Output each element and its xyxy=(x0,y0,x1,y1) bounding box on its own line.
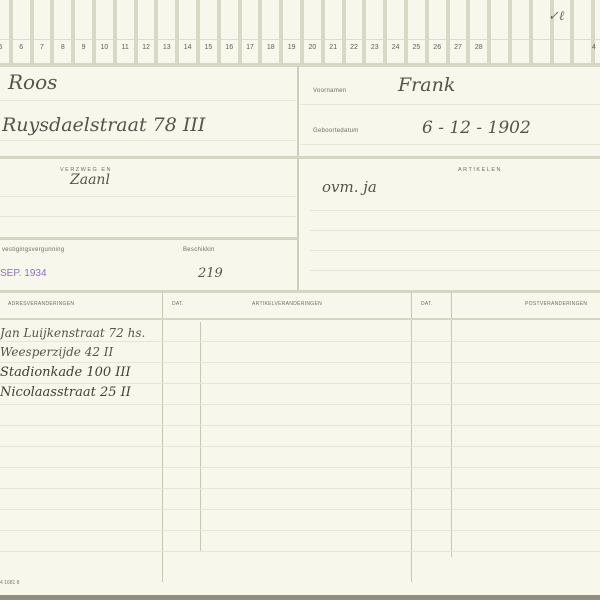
strip-column xyxy=(512,0,533,64)
address-value: Ruysdaelstraat 78 III xyxy=(2,114,205,136)
left-section-value: Zaanl xyxy=(70,172,110,188)
strip-column: 14 xyxy=(179,0,200,64)
rule xyxy=(310,230,600,231)
print-code: 4 1681 8 xyxy=(0,580,19,586)
table-rule xyxy=(0,488,600,489)
strip-column-number: 28 xyxy=(470,44,487,51)
surname-value: Roos xyxy=(8,70,57,94)
strip-column: 25 xyxy=(408,0,429,64)
rule xyxy=(0,196,296,197)
strip-column xyxy=(574,0,595,64)
strip-column-number: 14 xyxy=(179,44,196,51)
strip-column-number: 17 xyxy=(242,44,259,51)
strip-column-number: 11 xyxy=(117,44,134,51)
strip-column-number: 5 xyxy=(0,44,9,51)
right-section-value: ovm. ja xyxy=(322,178,377,196)
strip-column-number: 27 xyxy=(450,44,467,51)
rule xyxy=(300,104,600,105)
strip-column: 13 xyxy=(158,0,179,64)
strip-column: 27 xyxy=(450,0,471,64)
strip-column-number: 25 xyxy=(408,44,425,51)
table-rule xyxy=(0,467,600,468)
table-rule xyxy=(0,425,600,426)
registration-label: vestigingsvergunning xyxy=(2,247,64,253)
registration-number-label: Beschikkin xyxy=(183,247,215,253)
table-rule xyxy=(0,404,600,405)
strip-column: 8 xyxy=(54,0,75,64)
table-top-border xyxy=(0,290,600,293)
strip-column-number: 9 xyxy=(75,44,92,51)
header-date-2: DAT. xyxy=(421,301,433,307)
strip-column: 28 xyxy=(470,0,491,64)
registration-card: 5678910111213141516171819202122232425262… xyxy=(0,0,600,600)
card-bottom-edge xyxy=(0,595,600,600)
strip-column-number: 24 xyxy=(387,44,404,51)
numbered-column-strip: 5678910111213141516171819202122232425262… xyxy=(0,0,600,66)
strip-column: 19 xyxy=(283,0,304,64)
strip-column: 10 xyxy=(96,0,117,64)
column-divider xyxy=(411,292,412,582)
strip-column-number: 16 xyxy=(221,44,238,51)
rule xyxy=(0,100,296,101)
handwritten-corner-mark: ✓ℓ xyxy=(548,8,564,24)
header-post-changes: POSTVERANDERINGEN xyxy=(525,301,587,307)
strip-column-number: 23 xyxy=(366,44,383,51)
strip-bottom-border xyxy=(0,63,600,67)
strip-column: 9 xyxy=(75,0,96,64)
header-date-1: DAT. xyxy=(172,301,184,307)
registration-number-value: 219 xyxy=(198,266,223,281)
column-divider xyxy=(162,292,163,582)
strip-column-number: 8 xyxy=(54,44,71,51)
birth-date-value: 6 - 12 - 1902 xyxy=(422,118,531,138)
address-change-entry: Stadionkade 100 III xyxy=(0,365,131,380)
rule xyxy=(310,250,600,251)
strip-column-number: 26 xyxy=(429,44,446,51)
rule xyxy=(0,216,296,217)
registration-stamp: SEP. 1934 xyxy=(0,268,47,279)
rule xyxy=(300,144,600,145)
strip-column-number: 10 xyxy=(96,44,113,51)
strip-column-number: 19 xyxy=(283,44,300,51)
header-bottom-border xyxy=(0,318,600,320)
table-rule xyxy=(0,509,600,510)
table-rule xyxy=(0,341,600,342)
center-divider xyxy=(297,66,299,291)
strip-column: 21 xyxy=(325,0,346,64)
strip-column: 20 xyxy=(304,0,325,64)
strip-column: 23 xyxy=(366,0,387,64)
strip-column-number: 22 xyxy=(346,44,363,51)
strip-column: 26 xyxy=(429,0,450,64)
strip-column: 16 xyxy=(221,0,242,64)
table-rule xyxy=(0,551,600,552)
address-change-entry: Weesperzijde 42 II xyxy=(0,345,113,359)
strip-column-number: 13 xyxy=(158,44,175,51)
strip-column-number: 20 xyxy=(304,44,321,51)
section-divider xyxy=(0,156,600,159)
strip-column-number: 7 xyxy=(34,44,51,51)
table-rule xyxy=(0,362,600,363)
strip-divider xyxy=(0,39,600,40)
strip-column: 18 xyxy=(262,0,283,64)
strip-column: 15 xyxy=(200,0,221,64)
strip-column: 17 xyxy=(242,0,263,64)
strip-column-number: 6 xyxy=(13,44,30,51)
strip-column-number: 18 xyxy=(262,44,279,51)
header-address-changes: ADRESVERANDERINGEN xyxy=(8,301,74,307)
table-rule xyxy=(0,446,600,447)
strip-column: 6 xyxy=(13,0,34,64)
strip-column-number: 21 xyxy=(325,44,342,51)
strip-column: 24 xyxy=(387,0,408,64)
first-names-label: Voornamen xyxy=(313,88,346,94)
table-rule xyxy=(0,383,600,384)
address-change-entry: Jan Luijkenstraat 72 hs. xyxy=(0,326,145,340)
address-change-entry: Nicolaasstraat 25 II xyxy=(0,385,131,400)
strip-column: 22 xyxy=(346,0,367,64)
strip-column: 5 xyxy=(0,0,13,64)
right-section-heading: ARTIKELEN xyxy=(458,167,502,173)
rule xyxy=(310,270,600,271)
first-names-value: Frank xyxy=(398,74,455,96)
strip-column xyxy=(491,0,512,64)
strip-column-number: 12 xyxy=(138,44,155,51)
strip-column: 11 xyxy=(117,0,138,64)
header-article-changes: ARTIKELVERANDERINGEN xyxy=(252,301,322,307)
strip-column: 12 xyxy=(138,0,159,64)
birth-date-label: Geboortedatum xyxy=(313,128,359,134)
column-divider xyxy=(200,322,201,552)
rule xyxy=(310,210,600,211)
strip-column: 7 xyxy=(34,0,55,64)
strip-column-number: 15 xyxy=(200,44,217,51)
rule xyxy=(0,140,296,141)
table-rule xyxy=(0,530,600,531)
strip-edge-number: 4 xyxy=(588,44,600,51)
registration-divider xyxy=(0,237,297,240)
